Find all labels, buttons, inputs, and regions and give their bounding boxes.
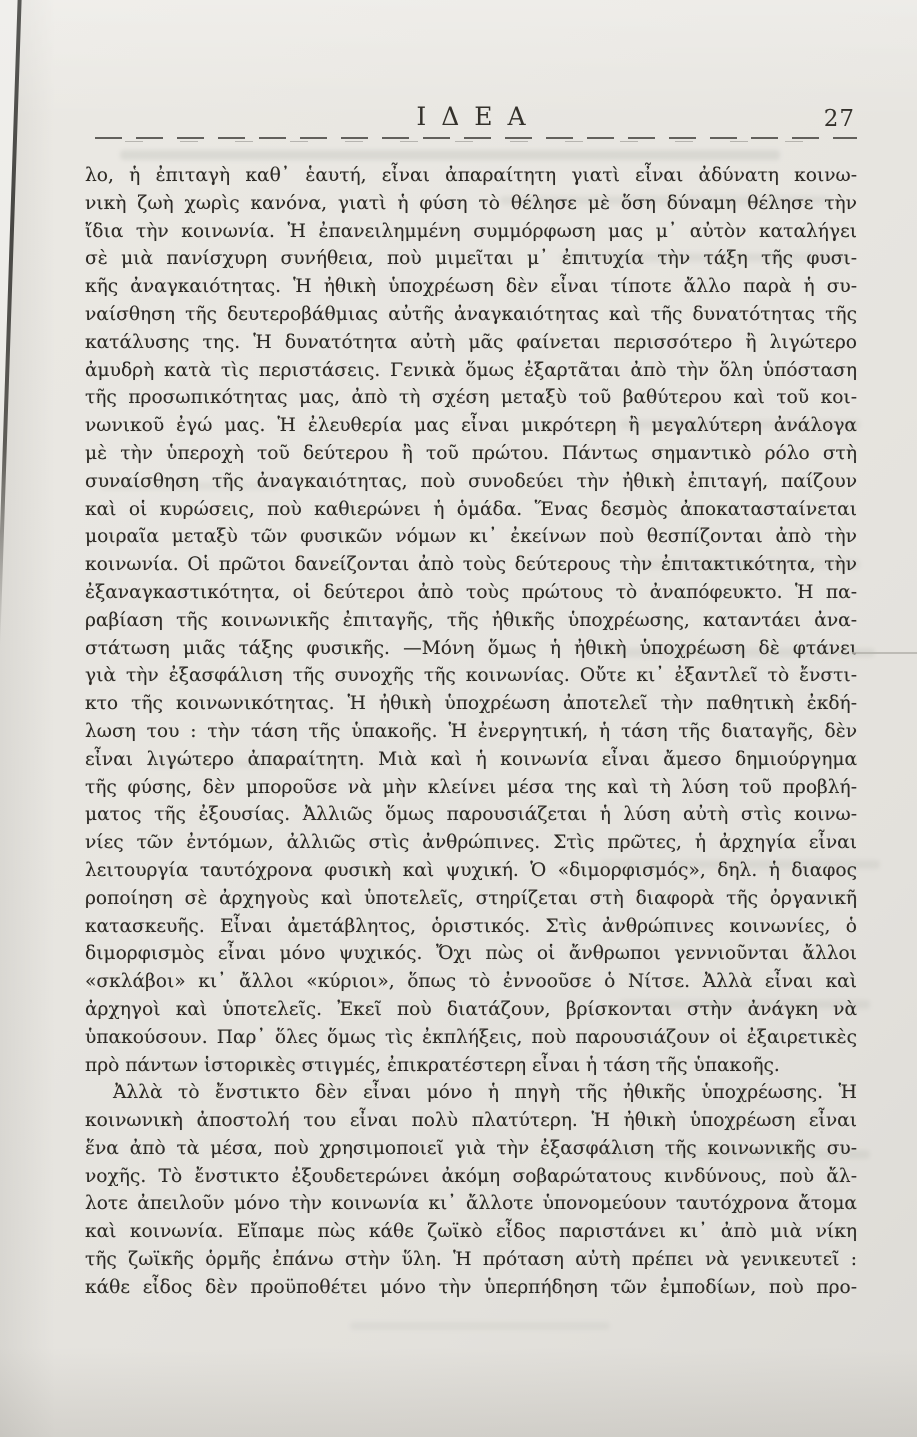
scan-artifact-line (852, 652, 917, 654)
header-rule-echo (125, 141, 825, 142)
text-line: μοιραῖα μεταξὺ τῶν φυσικῶν νόμων κι᾽ ἐκε… (85, 523, 857, 551)
paragraph-continuation: λο, ἡ ἐπιταγὴ καθ᾽ ἑαυτή, εἶναι ἀπαραίτη… (85, 162, 857, 1079)
page-header: ΙΔΕΑ 27 (85, 0, 857, 150)
header-rule (95, 137, 857, 139)
text-line: λωση του : τὴν τάση τῆς ὑπακοῆς. Ἡ ἐνεργ… (85, 718, 857, 746)
text-line: τῆς προσωπικότητας μας, ἀπὸ τὴ σχέση μετ… (85, 384, 857, 412)
text-line: κατάλυσης της. Ἡ δυνατότητα αὐτὴ μᾶς φαί… (85, 329, 857, 357)
text-line: νικὴ ζωὴ χωρὶς κανόνα, γιατὶ ἡ φύση τὸ θ… (85, 190, 857, 218)
text-line: κατασκευῆς. Εἶναι ἀμετάβλητος, ὁριστικός… (85, 913, 857, 941)
text-line: Ἀλλὰ τὸ ἔνστικτο δὲν εἶναι μόνο ἡ πηγὴ τ… (85, 1079, 857, 1107)
text-line: εἶναι λιγώτερο ἀπαραίτητη. Μιὰ καὶ ἡ κοι… (85, 746, 857, 774)
page-number: 27 (824, 106, 855, 132)
text-line: «σκλάβοι» κι᾽ ἄλλοι «κύριοι», ὅπως τὸ ἐν… (85, 968, 857, 996)
text-line: ἀρχηγοὶ καὶ ὑποτελεῖς. Ἐκεῖ ποὺ διατάζου… (85, 996, 857, 1024)
text-line: κτο τῆς κοινωνικότητας. Ἡ ἠθικὴ ὑποχρέωσ… (85, 690, 857, 718)
text-line: κῆς ἀναγκαιότητας. Ἡ ἠθικὴ ὑποχρέωση δὲν… (85, 273, 857, 301)
text-line: τῆς ζωϊκῆς ὁρμῆς ἐπάνω στὴν ὕλη. Ἡ πρότα… (85, 1246, 857, 1274)
scanned-book-page: ΙΔΕΑ 27 λο, ἡ ἐπιταγὴ καθ᾽ ἑαυτή, εἶναι … (0, 0, 917, 1437)
page-title: ΙΔΕΑ (85, 102, 857, 131)
text-line: κοινωνία. Οἱ πρῶτοι δανείζονται ἀπὸ τοὺς… (85, 551, 857, 579)
text-line: λειτουργία ταυτόχρονα φυσικὴ καὶ ψυχική.… (85, 857, 857, 885)
ghost-text-smudge (350, 1322, 610, 1330)
text-line: νωνικοῦ ἐγώ μας. Ἡ ἐλευθερία μας εἶναι μ… (85, 412, 857, 440)
text-line: καὶ οἱ κυρώσεις, ποὺ καθιερώνει ἡ ὁμάδα.… (85, 496, 857, 524)
text-line: νοχῆς. Τὸ ἔνστικτο ἐξουδετερώνει ἀκόμη σ… (85, 1163, 857, 1191)
text-line: σὲ μιὰ πανίσχυρη συνήθεια, ποὺ μιμεῖται … (85, 245, 857, 273)
text-line: ἐξαναγκαστικότητα, οἱ δεύτεροι ἀπὸ τοὺς … (85, 579, 857, 607)
text-line: γιὰ τὴν ἐξασφάλιση τῆς συνοχῆς τῆς κοινω… (85, 662, 857, 690)
text-line: κάθε εἶδος δὲν προϋποθέτει μόνο τὴν ὑπερ… (85, 1274, 857, 1302)
text-line: συναίσθηση τῆς ἀναγκαιότητας, ποὺ συνοδε… (85, 468, 857, 496)
text-line: διμορφισμὸς εἶναι μόνο ψυχικός. Ὄχι πὼς … (85, 940, 857, 968)
ghost-text-smudge (120, 150, 780, 160)
text-line: ἕνα ἀπὸ τὰ μέσα, ποὺ χρησιμοποιεῖ γιὰ τὴ… (85, 1135, 857, 1163)
text-line: τῆς φύσης, δὲν μποροῦσε νὰ μὴν κλείνει μ… (85, 774, 857, 802)
text-line: ροποίηση σὲ ἀρχηγοὺς καὶ ὑποτελεῖς, στηρ… (85, 885, 857, 913)
text-line: πρὸ πάντων ἱστορικὲς στιγμές, ἐπικρατέστ… (85, 1052, 857, 1080)
text-line: καὶ κοινωνία. Εἴπαμε πὼς κάθε ζωϊκὸ εἶδο… (85, 1218, 857, 1246)
text-line: κοινωνικὴ ἀποστολή του εἶναι πολὺ πλατύτ… (85, 1107, 857, 1135)
paragraph-instinct: Ἀλλὰ τὸ ἔνστικτο δὲν εἶναι μόνο ἡ πηγὴ τ… (85, 1079, 857, 1301)
text-line: ματος τῆς ἐξουσίας. Ἀλλιῶς ὅμως παρουσιά… (85, 801, 857, 829)
text-line: στάτωση μιᾶς τάξης φυσικῆς. —Μόνη ὅμως ἡ… (85, 635, 857, 663)
text-line: ραβίαση τῆς κοινωνικῆς ἐπιταγῆς, τῆς ἠθι… (85, 607, 857, 635)
text-line: ὑπακούσουν. Παρ᾽ ὅλες ὅμως τὶς ἐκπλήξεις… (85, 1024, 857, 1052)
text-line: νίες τῶν ἐντόμων, ἀλλιῶς στὶς ἀνθρώπινες… (85, 829, 857, 857)
text-line: λοτε ἀπειλοῦν μόνο τὴν κοινωνία κι᾽ ἄλλο… (85, 1190, 857, 1218)
text-line: μὲ τὴν ὑπεροχὴ τοῦ δεύτερου ἢ τοῦ πρώτου… (85, 440, 857, 468)
text-line: ἴδια τὴν κοινωνία. Ἡ ἐπανειλημμένη συμμό… (85, 218, 857, 246)
text-line: ἀμυδρὴ κατὰ τὶς περιστάσεις. Γενικὰ ὅμως… (85, 357, 857, 385)
text-line: ναίσθηση τῆς δευτεροβάθμιας αὐτῆς ἀναγκα… (85, 301, 857, 329)
body-text: λο, ἡ ἐπιταγὴ καθ᾽ ἑαυτή, εἶναι ἀπαραίτη… (85, 162, 857, 1302)
text-line: λο, ἡ ἐπιταγὴ καθ᾽ ἑαυτή, εἶναι ἀπαραίτη… (85, 162, 857, 190)
